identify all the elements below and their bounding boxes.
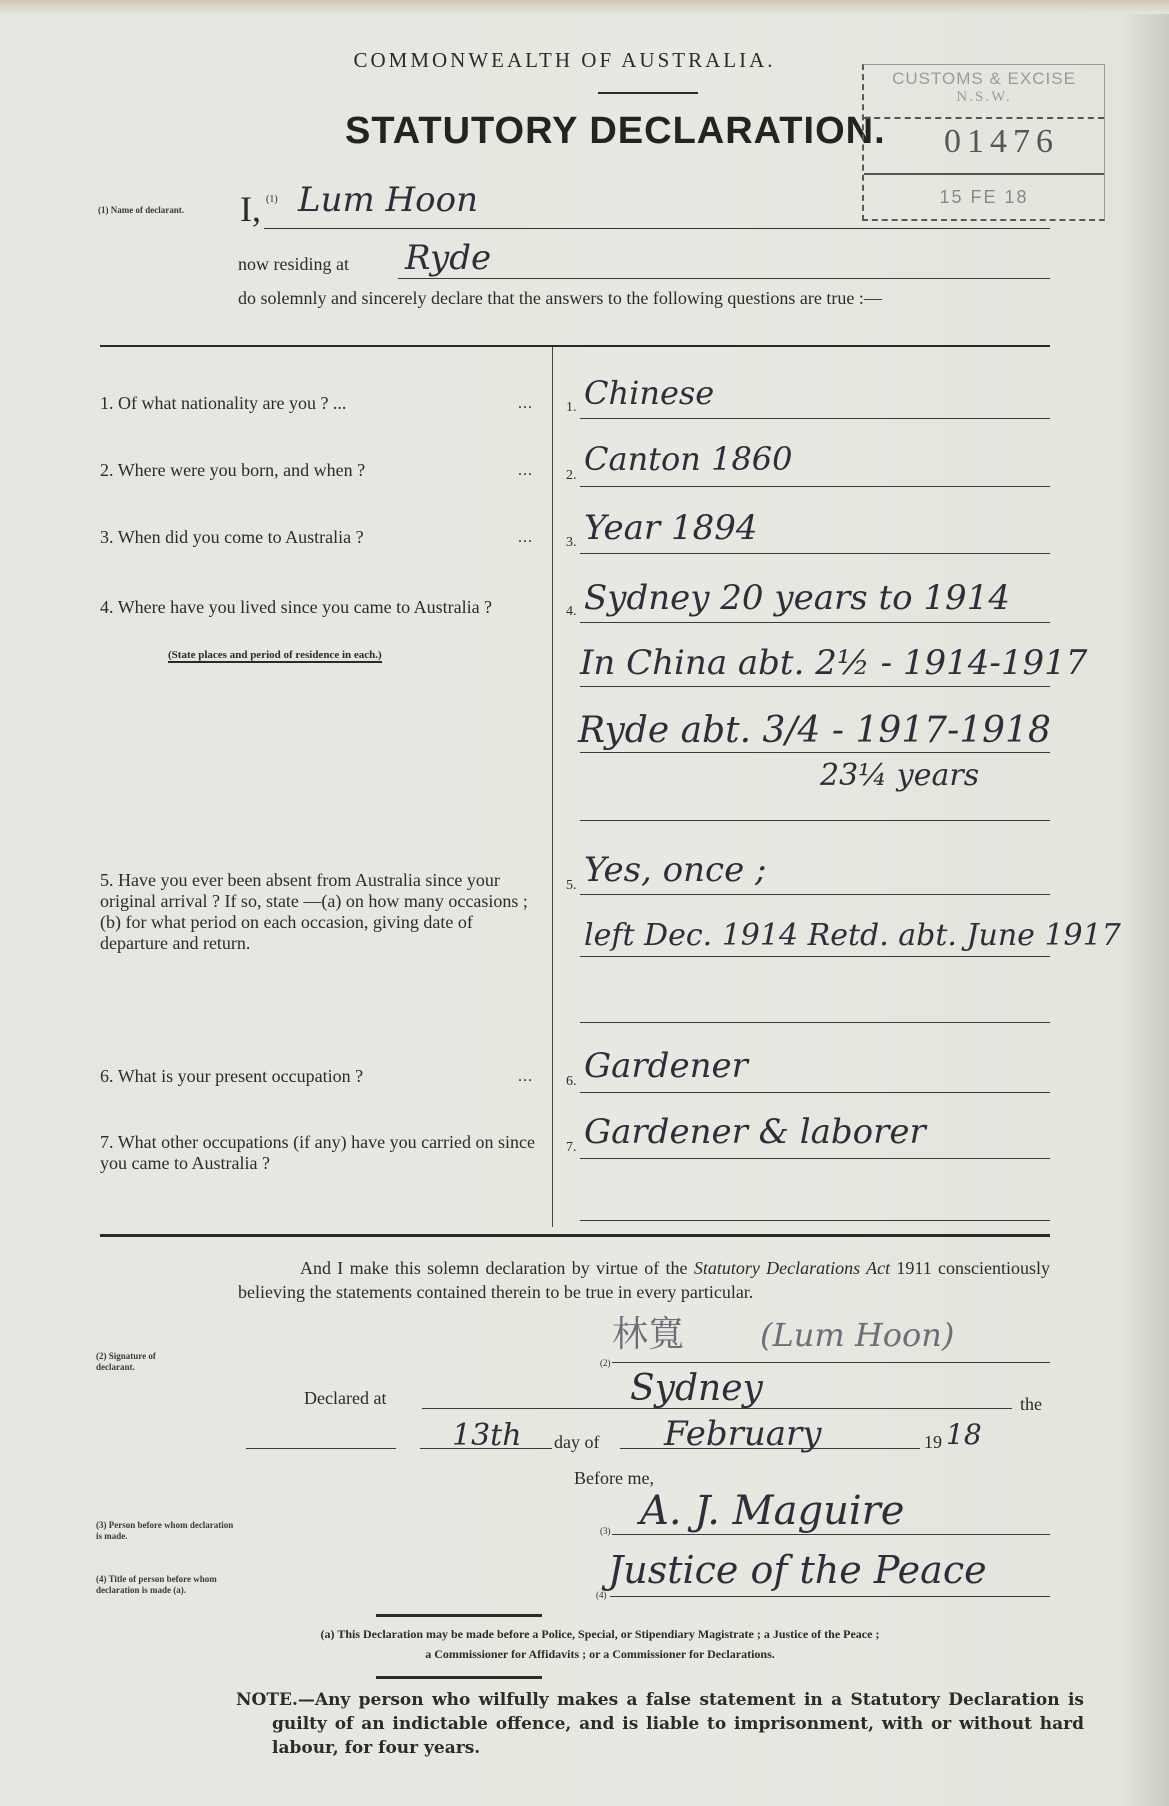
declaration-intro: do solemnly and sincerely declare that t… bbox=[238, 286, 1050, 310]
answer-4-line3[interactable]: Ryde abt. 3/4 - 1917-1918 bbox=[578, 710, 1051, 751]
declarant-prefix: I, bbox=[240, 188, 261, 230]
footnote: (a) This Declaration may be made before … bbox=[150, 1624, 1050, 1664]
declared-year-field[interactable]: 18 bbox=[946, 1418, 982, 1451]
answer-5-line1[interactable]: Yes, once ; bbox=[584, 850, 766, 890]
declarant-name-field[interactable]: Lum Hoon bbox=[298, 180, 478, 220]
answer-2-field[interactable]: Canton 1860 bbox=[584, 440, 793, 478]
answer-1-field[interactable]: Chinese bbox=[584, 374, 714, 412]
margin-note-signature: (2) Signature of declarant. bbox=[96, 1351, 186, 1373]
customs-stamp: CUSTOMS & EXCISE N.S.W. 01476 15 FE 18 bbox=[862, 64, 1105, 221]
witness-name-field[interactable]: A. J. Maguire bbox=[640, 1488, 904, 1534]
residence-field[interactable]: Ryde bbox=[405, 238, 491, 278]
page-title: STATUTORY DECLARATION. bbox=[345, 110, 886, 153]
legal-note: NOTE.—Any person who wilfully makes a fa… bbox=[236, 1688, 1084, 1760]
witness-title-field[interactable]: Justice of the Peace bbox=[608, 1548, 987, 1592]
stamp-date: 15 FE 18 bbox=[864, 187, 1104, 208]
heading-divider bbox=[598, 92, 698, 94]
question-7: 7. What other occupations (if any) have … bbox=[100, 1132, 545, 1174]
margin-note-witness-title: (4) Title of person before whom declarat… bbox=[96, 1574, 236, 1596]
declaration-page: COMMONWEALTH OF AUSTRALIA. STATUTORY DEC… bbox=[0, 0, 1169, 1806]
section-divider-bottom bbox=[100, 1234, 1050, 1237]
answer-4-total[interactable]: 23¼ years bbox=[820, 758, 979, 793]
stamp-line2: N.S.W. bbox=[864, 89, 1104, 106]
stamp-line1: CUSTOMS & EXCISE bbox=[864, 69, 1104, 89]
before-me-label: Before me, bbox=[574, 1468, 654, 1489]
question-4: 4. Where have you lived since you came t… bbox=[100, 597, 545, 618]
question-3: 3. When did you come to Australia ? bbox=[100, 527, 364, 548]
answer-7-field[interactable]: Gardener & laborer bbox=[584, 1112, 926, 1152]
question-5: 5. Have you ever been absent from Austra… bbox=[100, 870, 545, 954]
section-divider-top bbox=[100, 345, 1050, 347]
declared-place-field[interactable]: Sydney bbox=[630, 1368, 763, 1409]
declared-at-label: Declared at bbox=[304, 1388, 386, 1409]
declarant-ref: (1) bbox=[266, 194, 278, 205]
declarant-signature[interactable]: (Lum Hoon) bbox=[760, 1316, 954, 1354]
signature-chinese[interactable]: 林寬 bbox=[612, 1306, 684, 1357]
column-divider bbox=[552, 347, 553, 1227]
margin-note-name: (1) Name of declarant. bbox=[98, 205, 184, 216]
answer-4-line1[interactable]: Sydney 20 years to 1914 bbox=[584, 578, 1010, 618]
answer-4-line2[interactable]: In China abt. 2½ - 1914-1917 bbox=[580, 643, 1087, 683]
solemn-declaration-text: And I make this solemn declaration by vi… bbox=[238, 1256, 1050, 1304]
answer-6-field[interactable]: Gardener bbox=[584, 1046, 748, 1086]
answer-3-field[interactable]: Year 1894 bbox=[584, 508, 757, 548]
question-6: 6. What is your present occupation ? bbox=[100, 1066, 363, 1087]
stamp-number: 01476 bbox=[944, 123, 1059, 161]
answer-5-line2[interactable]: left Dec. 1914 Retd. abt. June 1917 bbox=[584, 918, 1121, 953]
question-1: 1. Of what nationality are you ? ... bbox=[100, 393, 346, 414]
residing-label: now residing at bbox=[238, 254, 349, 275]
question-2: 2. Where were you born, and when ? bbox=[100, 460, 365, 481]
question-4-subnote: (State places and period of residence in… bbox=[168, 649, 382, 663]
margin-note-witness: (3) Person before whom declaration is ma… bbox=[96, 1520, 236, 1542]
